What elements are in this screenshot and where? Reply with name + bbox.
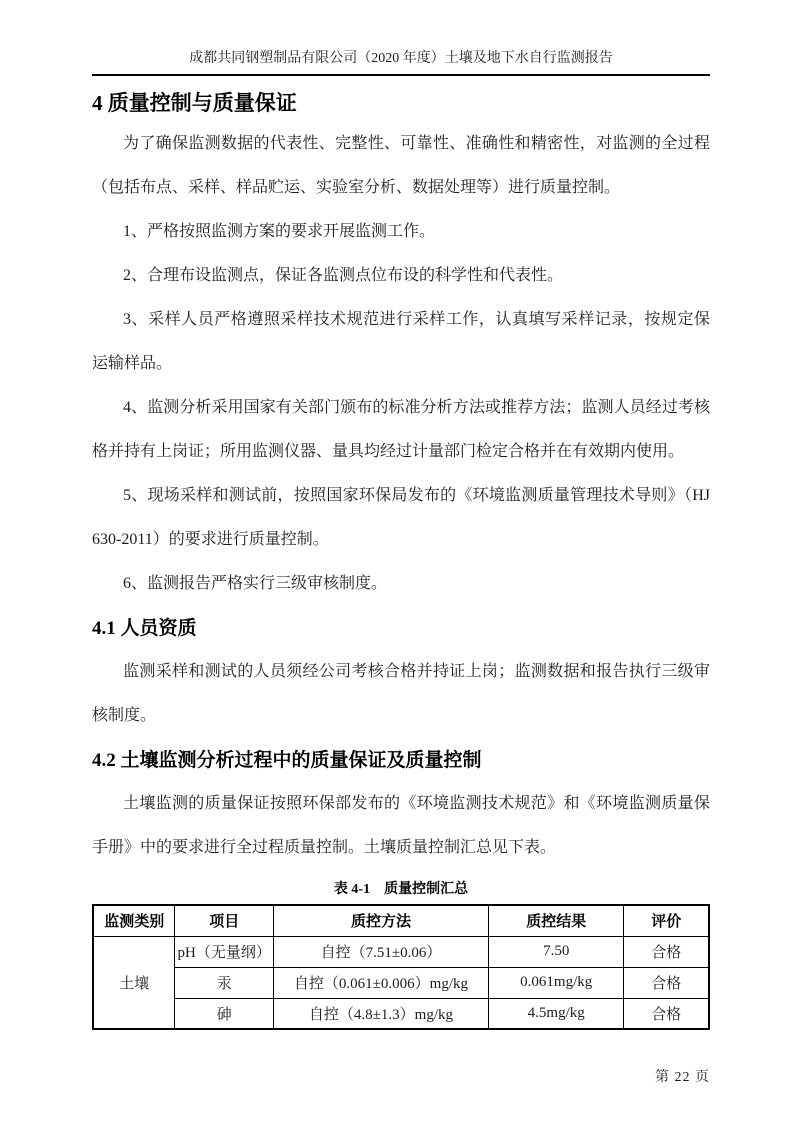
body-line: 为了确保监测数据的代表性、完整性、可靠性、准确性和精密性，对监测的全过程 [92, 122, 710, 166]
table-column-header: 项目 [175, 905, 274, 936]
body-line: 5、现场采样和测试前，按照国家环保局发布的《环境监测质量管理技术导则》（HJ [92, 474, 710, 518]
qc-summary-table: 监测类别项目质控方法质控结果评价 土壤pH（无量纲）自控（7.51±0.06）7… [92, 904, 710, 1030]
item-cell: 汞 [175, 967, 274, 998]
page-number: 第 22 页 [655, 1066, 710, 1086]
subsection-heading: 4.1 人员资质 [92, 606, 710, 650]
method-cell: 自控（7.51±0.06） [273, 936, 488, 967]
result-cell: 0.061mg/kg [488, 967, 624, 998]
body-line: 2、合理布设监测点，保证各监测点位布设的科学性和代表性。 [92, 254, 710, 298]
document-page: 成都共同钢塑制品有限公司（2020 年度）土壤及地下水自行监测报告 4 质量控制… [0, 0, 800, 1131]
subsection-heading: 4.2 土壤监测分析过程中的质量保证及质量控制 [92, 738, 710, 782]
table-column-header: 质控方法 [273, 905, 488, 936]
body-line: 1、严格按照监测方案的要求开展监测工作。 [92, 210, 710, 254]
result-cell: 4.5mg/kg [488, 998, 624, 1029]
body-line: 核制度。 [92, 694, 710, 738]
table-row: 汞自控（0.061±0.006）mg/kg0.061mg/kg合格 [93, 967, 709, 998]
body-text: 为了确保监测数据的代表性、完整性、可靠性、准确性和精密性，对监测的全过程（包括布… [92, 122, 710, 870]
table-column-header: 质控结果 [488, 905, 624, 936]
body-line: 土壤监测的质量保证按照环保部发布的《环境监测技术规范》和《环境监测质量保证 [92, 782, 710, 826]
item-cell: 砷 [175, 998, 274, 1029]
item-cell: pH（无量纲） [175, 936, 274, 967]
evaluation-cell: 合格 [624, 936, 709, 967]
body-line: 格并持有上岗证；所用监测仪器、量具均经过计量部门检定合格并在有效期内使用。 [92, 430, 710, 474]
body-line: （包括布点、采样、样品贮运、实验室分析、数据处理等）进行质量控制。 [92, 166, 710, 210]
body-line: 4、监测分析采用国家有关部门颁布的标准分析方法或推荐方法；监测人员经过考核合 [92, 386, 710, 430]
method-cell: 自控（4.8±1.3）mg/kg [273, 998, 488, 1029]
table-row: 砷自控（4.8±1.3）mg/kg4.5mg/kg合格 [93, 998, 709, 1029]
chapter-heading: 4 质量控制与质量保证 [92, 88, 710, 118]
evaluation-cell: 合格 [624, 967, 709, 998]
category-cell: 土壤 [93, 936, 175, 1029]
body-line: 630-2011）的要求进行质量控制。 [92, 518, 710, 562]
running-header: 成都共同钢塑制品有限公司（2020 年度）土壤及地下水自行监测报告 [92, 0, 710, 76]
table-caption: 表 4-1 质量控制汇总 [92, 876, 710, 904]
table-column-header: 评价 [624, 905, 709, 936]
body-line: 手册》中的要求进行全过程质量控制。土壤质量控制汇总见下表。 [92, 826, 710, 870]
table-header-row: 监测类别项目质控方法质控结果评价 [93, 905, 709, 936]
evaluation-cell: 合格 [624, 998, 709, 1029]
table-column-header: 监测类别 [93, 905, 175, 936]
result-cell: 7.50 [488, 936, 624, 967]
method-cell: 自控（0.061±0.006）mg/kg [273, 967, 488, 998]
body-line: 6、监测报告严格实行三级审核制度。 [92, 562, 710, 606]
body-line: 运输样品。 [92, 342, 710, 386]
table-row: 土壤pH（无量纲）自控（7.51±0.06）7.50合格 [93, 936, 709, 967]
body-line: 3、采样人员严格遵照采样技术规范进行采样工作，认真填写采样记录，按规定保存、 [92, 298, 710, 342]
body-line: 监测采样和测试的人员须经公司考核合格并持证上岗；监测数据和报告执行三级审 [92, 650, 710, 694]
